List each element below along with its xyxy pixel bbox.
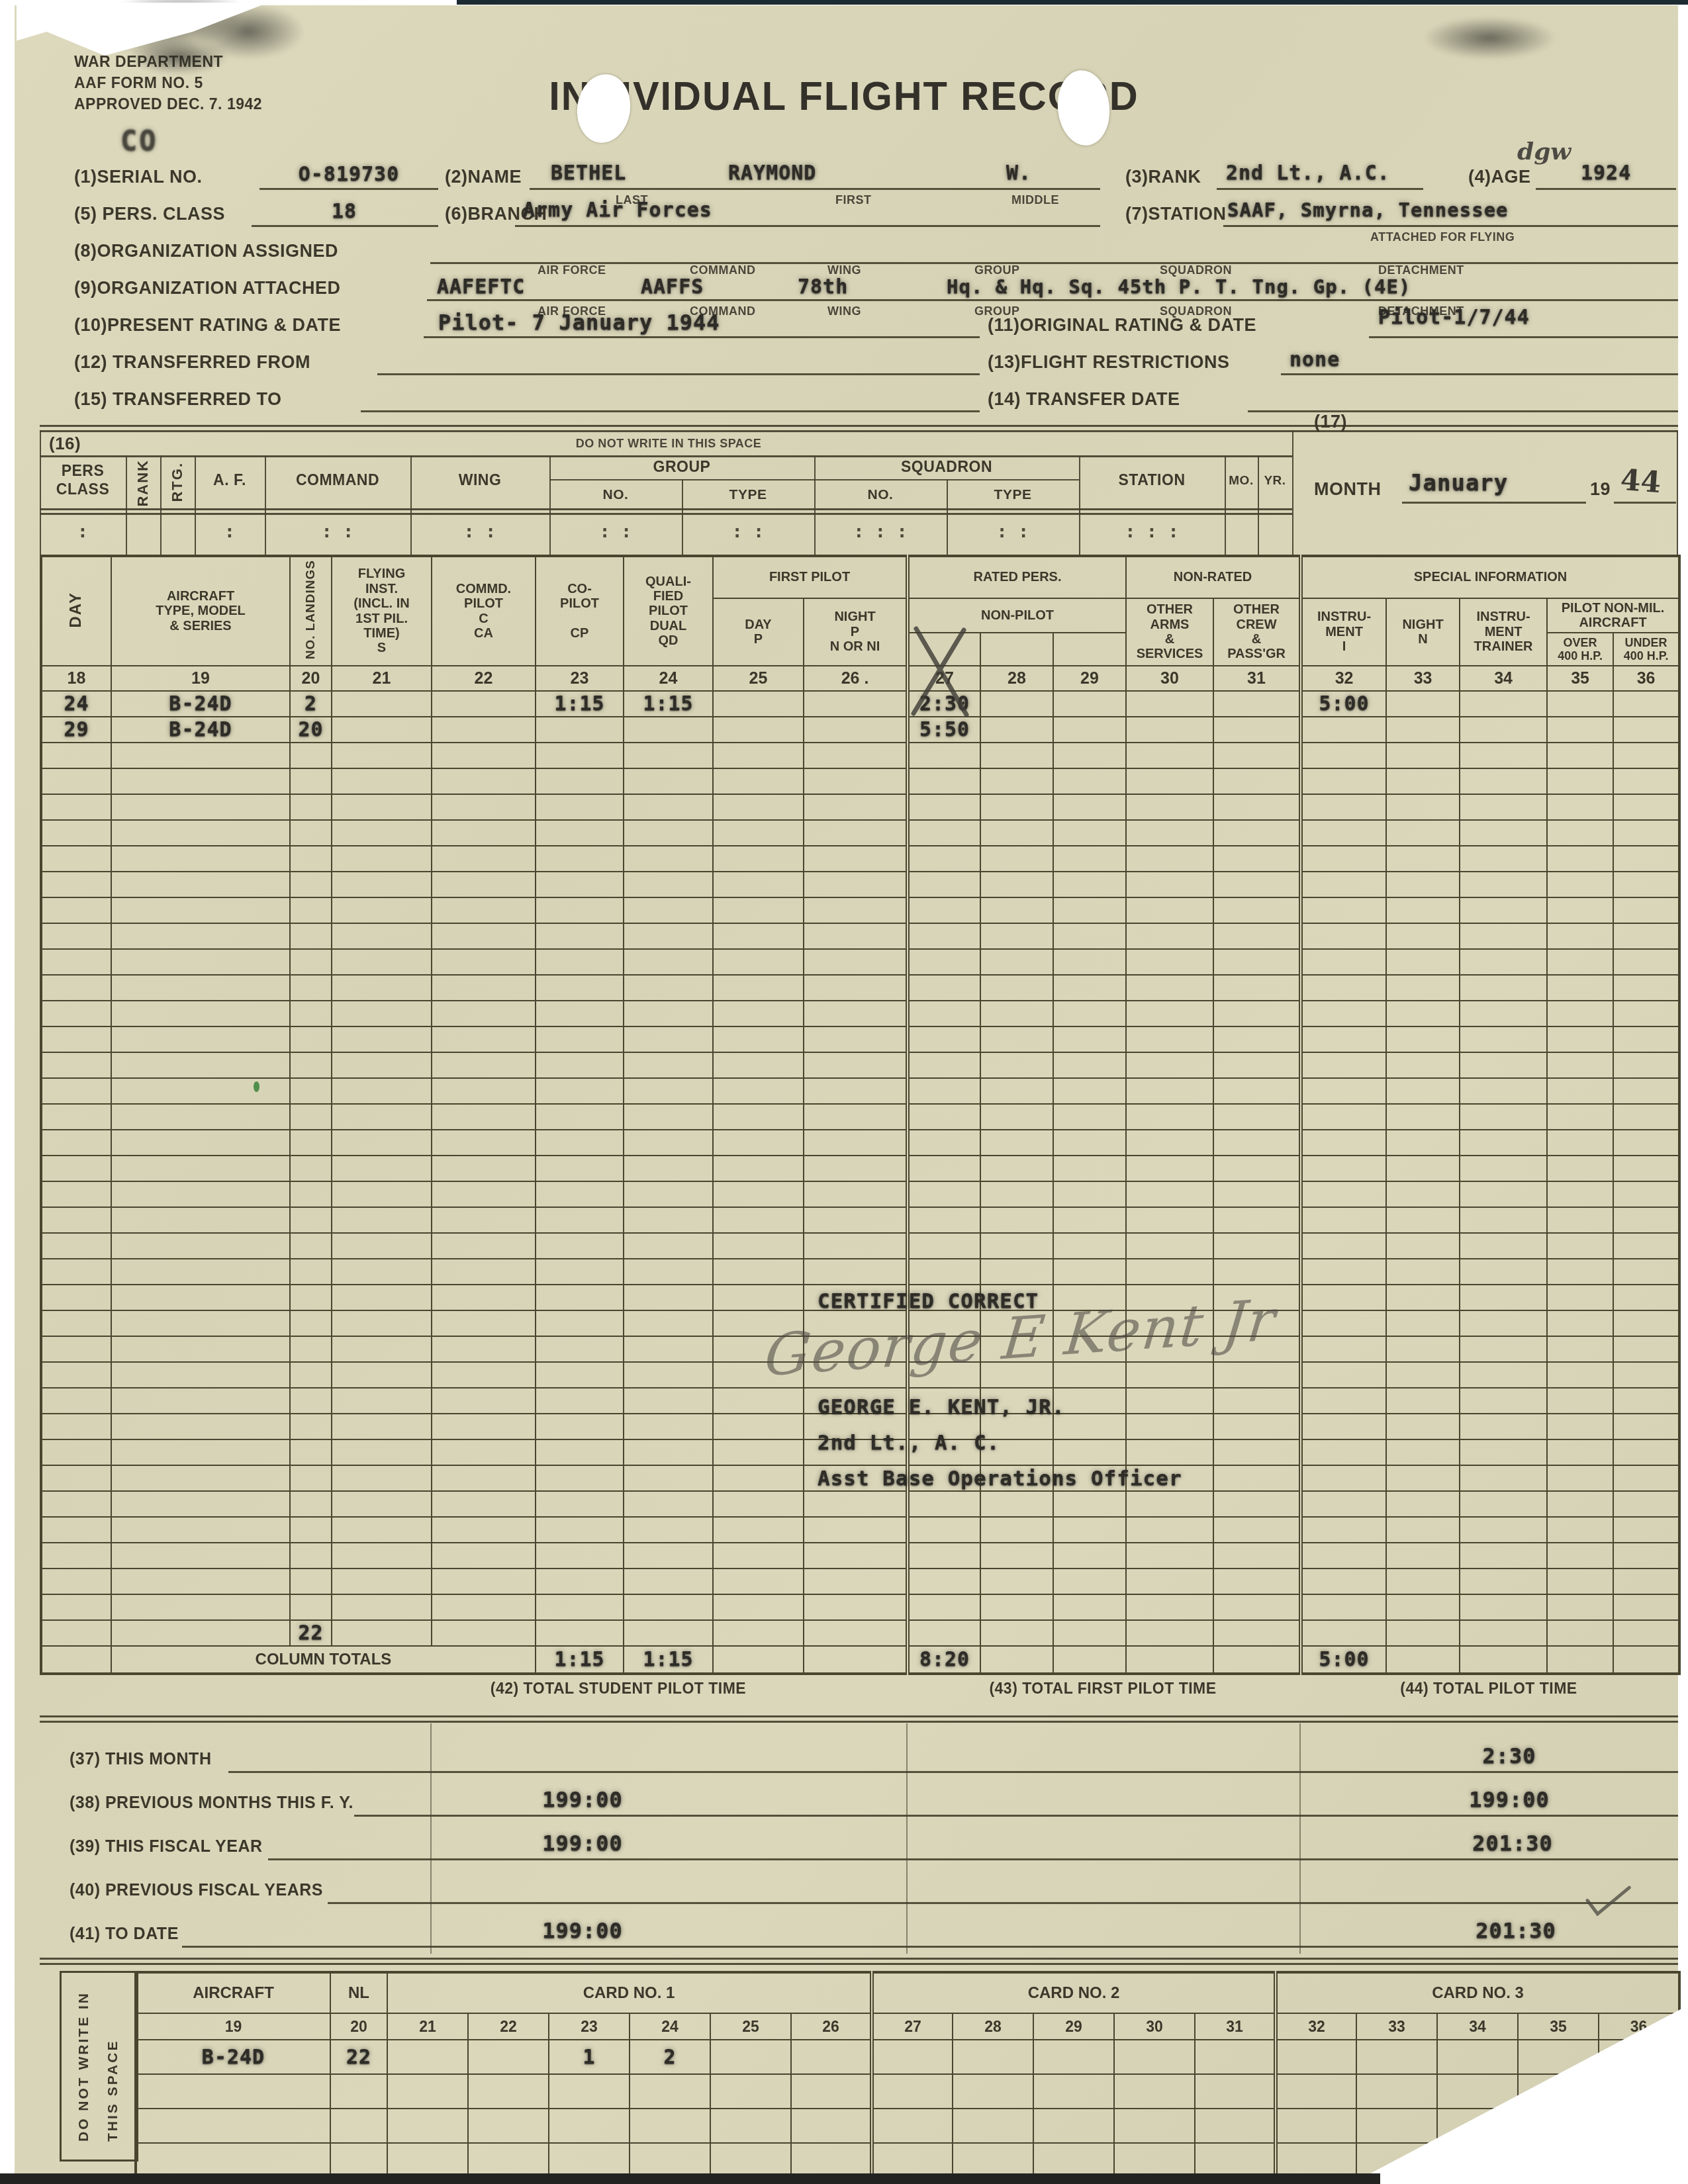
flight-cell <box>1613 1543 1679 1569</box>
station-value: SAAF, Smyrna, Tennessee <box>1227 199 1509 221</box>
co-stamp: CO <box>120 124 158 157</box>
card-hdr-3: CARD NO. 3 <box>1276 1972 1679 2013</box>
flight-cell <box>332 768 432 794</box>
flight-cell <box>1547 1414 1613 1439</box>
flight-cell <box>290 1465 332 1491</box>
card-cell <box>953 2074 1033 2109</box>
flight-row <box>41 1517 1679 1543</box>
flight-cell <box>432 1620 536 1646</box>
flight-cell <box>1386 1465 1460 1491</box>
flight-cell <box>713 846 804 872</box>
flight-cell <box>980 768 1053 794</box>
flight-cell <box>41 1543 111 1569</box>
present-rating-label: (10)PRESENT RATING & DATE <box>74 315 341 336</box>
flight-cell <box>908 872 980 897</box>
flight-cell <box>332 1104 432 1130</box>
flight-cell <box>41 923 111 949</box>
flight-cell <box>536 1026 624 1052</box>
do-not-write-note: DO NOT WRITE IN THIS SPACE <box>576 437 762 451</box>
flight-cell <box>713 923 804 949</box>
flight-cell <box>908 1181 980 1207</box>
org-group-value: Hq. & Hq. Sq. 45th P. T. Tng. Gp. (4E) <box>947 275 1411 298</box>
side-note-text: DO NOT WRITE IN THIS SPACE <box>70 1991 128 2142</box>
col-station: STATION <box>1080 471 1223 489</box>
flight-cell <box>41 743 111 768</box>
flight-cell <box>713 743 804 768</box>
flight-cell <box>1547 743 1613 768</box>
flight-cell <box>332 1285 432 1310</box>
flight-col-number: 19 <box>111 666 290 691</box>
flight-cell <box>980 1078 1053 1104</box>
flight-cell <box>432 1078 536 1104</box>
flight-cell <box>111 923 290 949</box>
card-cell <box>1276 2040 1356 2074</box>
row38-c44: 199:00 <box>1469 1787 1550 1812</box>
card-cell: B-24D <box>136 2040 330 2074</box>
flight-cell <box>41 1026 111 1052</box>
flight-cell <box>536 1104 624 1130</box>
flight-row <box>41 1104 1679 1130</box>
flight-cell <box>908 949 980 975</box>
hdr-night: NIGHT N <box>1386 598 1460 666</box>
flight-cell <box>1386 768 1460 794</box>
flight-cell <box>804 1026 908 1052</box>
flight-cell <box>980 949 1053 975</box>
flight-cell <box>1213 1052 1301 1078</box>
flight-cell <box>980 1569 1053 1594</box>
flight-cell <box>804 1181 908 1207</box>
card-col-number: 32 <box>1276 2013 1356 2040</box>
flight-cell <box>1126 1259 1213 1285</box>
flight-cell <box>1547 1285 1613 1310</box>
card-col-number: 29 <box>1033 2013 1114 2040</box>
flight-cell <box>1301 1543 1386 1569</box>
flight-cell <box>432 1517 536 1543</box>
guide-dots: : <box>77 522 88 542</box>
flight-cell <box>41 1259 111 1285</box>
flight-cell <box>1613 846 1679 872</box>
flight-cell <box>1213 1001 1301 1026</box>
month-value: January <box>1409 470 1508 496</box>
flight-cell <box>332 1414 432 1439</box>
flight-cell <box>432 1233 536 1259</box>
handwritten-x-mark <box>906 621 980 721</box>
flight-cell <box>1386 1336 1460 1362</box>
flight-cell <box>290 1285 332 1310</box>
card-col-number: 35 <box>1518 2013 1599 2040</box>
flight-cell <box>713 1026 804 1052</box>
flight-cell <box>1547 975 1613 1001</box>
flight-cell <box>432 1001 536 1026</box>
flight-cell <box>332 1336 432 1362</box>
flight-cell <box>41 1517 111 1543</box>
flight-cell <box>41 1233 111 1259</box>
flight-cell <box>1547 1052 1613 1078</box>
hdr-co-pilot: CO- PILOT CP <box>536 556 624 666</box>
flight-cell <box>1613 1336 1679 1362</box>
flight-cell <box>41 1362 111 1388</box>
card-cell <box>872 2143 953 2177</box>
flight-cell <box>1386 897 1460 923</box>
flight-cell <box>1213 1207 1301 1233</box>
flight-cell <box>1613 717 1679 743</box>
flight-cell <box>624 1026 713 1052</box>
flight-cell <box>624 1156 713 1181</box>
hdr-landings: NO. LANDINGS <box>290 556 332 666</box>
card-cell <box>468 2109 549 2143</box>
flight-cell <box>332 1130 432 1156</box>
flight-cell <box>1386 1078 1460 1104</box>
flight-cell <box>1213 1569 1301 1594</box>
flight-cell <box>1053 820 1126 846</box>
flight-cell <box>1613 1207 1679 1233</box>
flight-cell <box>432 1026 536 1052</box>
flight-cell <box>111 1181 290 1207</box>
flight-cell <box>1386 1362 1460 1388</box>
flight-cell <box>1547 794 1613 820</box>
flight-cell <box>980 1259 1053 1285</box>
column-total-cell <box>1460 1646 1547 1674</box>
flight-cell <box>1613 1026 1679 1052</box>
flight-cell <box>536 1233 624 1259</box>
flight-row <box>41 1259 1679 1285</box>
flight-cell <box>1460 1207 1547 1233</box>
card-hdr-aircraft: AIRCRAFT <box>136 1972 330 2013</box>
flight-col-number: 34 <box>1460 666 1547 691</box>
hdr-non-rated: NON-RATED <box>1126 556 1301 598</box>
flight-cell <box>1386 1414 1460 1439</box>
flight-cell <box>713 1439 804 1465</box>
row41-c44: 201:30 <box>1476 1918 1556 1943</box>
flight-cell <box>111 1052 290 1078</box>
flight-cell <box>1213 846 1301 872</box>
flight-cell <box>41 794 111 820</box>
flight-cell <box>1613 1104 1679 1130</box>
flight-cell <box>332 743 432 768</box>
flight-cell: 24 <box>41 691 111 717</box>
flight-cell <box>1126 1594 1213 1620</box>
flight-cell <box>980 1156 1053 1181</box>
flight-col-number: 31 <box>1213 666 1301 691</box>
approved-label: APPROVED DEC. 7. 1942 <box>74 95 262 113</box>
column-total-cell <box>1213 1646 1301 1674</box>
flight-cell <box>41 1336 111 1362</box>
age-value: 1924 <box>1581 161 1631 185</box>
flight-cell <box>332 949 432 975</box>
flight-cell <box>713 1207 804 1233</box>
card-cell <box>468 2143 549 2177</box>
name-middle-value: W. <box>1006 161 1031 185</box>
flight-cell <box>1460 1104 1547 1130</box>
flight-cell <box>1126 1233 1213 1259</box>
flight-cell <box>804 1156 908 1181</box>
flight-cell <box>1301 897 1386 923</box>
flight-cell <box>41 1001 111 1026</box>
flight-cell <box>1301 1001 1386 1026</box>
transferred-to-label: (15) TRANSFERRED TO <box>74 389 282 410</box>
flight-cell <box>111 1362 290 1388</box>
flight-cell <box>624 1259 713 1285</box>
flight-cell <box>536 768 624 794</box>
flight-cell <box>1547 768 1613 794</box>
flight-cell <box>624 1491 713 1517</box>
hdr-over-400: OVER 400 H.P. <box>1547 633 1613 666</box>
flight-row <box>41 1130 1679 1156</box>
flight-cell <box>432 1259 536 1285</box>
flight-cell <box>1547 949 1613 975</box>
flight-cell <box>536 1336 624 1362</box>
flight-cell <box>1547 1543 1613 1569</box>
flight-cell <box>804 691 908 717</box>
flight-cell <box>536 1207 624 1233</box>
flight-cell <box>1547 1181 1613 1207</box>
flight-row <box>41 820 1679 846</box>
hdr-first-pilot: FIRST PILOT <box>713 556 908 598</box>
flight-cell <box>1126 1517 1213 1543</box>
flight-cell <box>624 897 713 923</box>
card-cell <box>872 2074 953 2109</box>
green-fleck <box>254 1081 259 1092</box>
flight-cell <box>332 1543 432 1569</box>
flight-cell <box>980 923 1053 949</box>
flight-cell <box>980 1594 1053 1620</box>
flight-col-number: 29 <box>1053 666 1126 691</box>
flight-cell <box>536 1078 624 1104</box>
flight-cell <box>432 1414 536 1439</box>
flight-cell <box>1301 1233 1386 1259</box>
flight-cell <box>536 1259 624 1285</box>
card-cell <box>872 2109 953 2143</box>
flight-cell <box>1126 1181 1213 1207</box>
hdr-flying-inst: FLYING INST. (INCL. IN 1ST PIL. TIME) S <box>332 556 432 666</box>
flight-cell <box>290 1233 332 1259</box>
flight-cell <box>908 975 980 1001</box>
flight-cell <box>1386 743 1460 768</box>
flight-cell <box>804 1104 908 1130</box>
flight-cell <box>908 1594 980 1620</box>
flight-cell <box>1126 1156 1213 1181</box>
certifier-name: GEORGE E. KENT, JR. <box>818 1395 1065 1419</box>
flight-row <box>41 846 1679 872</box>
flight-cell <box>290 949 332 975</box>
card-col-number: 26 <box>791 2013 872 2040</box>
card-row: B-24D2212 <box>136 2040 1679 2074</box>
flight-cell <box>1386 1491 1460 1517</box>
flight-cell <box>1460 1336 1547 1362</box>
card-col-number: 24 <box>630 2013 710 2040</box>
flight-cell <box>1301 1620 1386 1646</box>
flight-cell <box>1053 975 1126 1001</box>
flight-cell <box>980 1620 1053 1646</box>
hdr-fp-day: DAY P <box>713 598 804 666</box>
flight-cell <box>290 768 332 794</box>
flight-cell <box>1613 1052 1679 1078</box>
flight-cell <box>111 1001 290 1026</box>
flight-cell <box>713 1001 804 1026</box>
month-number: (17) <box>1314 412 1347 432</box>
row41-c42: 199:00 <box>542 1918 623 1943</box>
flight-cell <box>290 1517 332 1543</box>
card-cell <box>953 2040 1033 2074</box>
flight-col-number: 24 <box>624 666 713 691</box>
flight-cell <box>908 1233 980 1259</box>
flight-cell <box>432 1310 536 1336</box>
flight-cell <box>1460 897 1547 923</box>
flight-cell <box>432 1181 536 1207</box>
flight-cell <box>290 1569 332 1594</box>
flight-cell <box>536 1491 624 1517</box>
flight-cell <box>290 1543 332 1569</box>
flight-cell <box>624 1569 713 1594</box>
row39-c42: 199:00 <box>542 1831 623 1856</box>
flight-cell <box>1547 1001 1613 1026</box>
flight-cell <box>1053 1517 1126 1543</box>
flight-cell <box>1213 1104 1301 1130</box>
flight-cell <box>1213 768 1301 794</box>
flight-col-number: 36 <box>1613 666 1679 691</box>
col-rank-text: RANK <box>134 459 152 507</box>
flight-cell <box>1547 1569 1613 1594</box>
flight-cell <box>804 1001 908 1026</box>
flight-cell <box>1126 1207 1213 1233</box>
card-cell <box>136 2143 330 2177</box>
flight-cell <box>1213 975 1301 1001</box>
flight-cell <box>41 768 111 794</box>
flight-cell <box>713 1388 804 1414</box>
card-col-number: 23 <box>549 2013 630 2040</box>
flight-cell <box>1053 1181 1126 1207</box>
row41-label: (41) TO DATE <box>70 1925 179 1944</box>
hdr-other-crew: OTHER CREW & PASS'GR <box>1213 598 1301 666</box>
flight-cell <box>1547 1439 1613 1465</box>
flight-cell <box>1386 1388 1460 1414</box>
flight-cell <box>111 975 290 1001</box>
card-cell <box>1195 2143 1276 2177</box>
flight-cell <box>1547 1104 1613 1130</box>
flight-cell <box>432 1156 536 1181</box>
flight-cell <box>41 1052 111 1078</box>
flight-cell <box>1301 846 1386 872</box>
flight-cell <box>111 1465 290 1491</box>
flight-cell <box>1213 1130 1301 1156</box>
flight-col-number: 32 <box>1301 666 1386 691</box>
total-first-pilot-label: (43) TOTAL FIRST PILOT TIME <box>989 1680 1216 1698</box>
transfer-date-label: (14) TRANSFER DATE <box>988 389 1180 410</box>
flight-cell <box>624 743 713 768</box>
flight-cell <box>1386 872 1460 897</box>
flight-cell <box>536 1543 624 1569</box>
flight-cell <box>332 1517 432 1543</box>
card-col-numbers: 192021222324252627282930313233343536 <box>136 2013 1679 2040</box>
flight-cell <box>713 1569 804 1594</box>
flight-cell <box>1547 897 1613 923</box>
flight-cell <box>624 1336 713 1362</box>
flight-cell <box>1301 1491 1386 1517</box>
rank-value: 2nd Lt., A.C. <box>1226 161 1390 185</box>
flight-cell <box>1460 1569 1547 1594</box>
sub-first: FIRST <box>835 193 872 207</box>
flight-cell <box>432 768 536 794</box>
flight-cell <box>980 743 1053 768</box>
flight-cell <box>536 923 624 949</box>
flight-cell <box>1301 1026 1386 1052</box>
flight-cell <box>1386 1310 1460 1336</box>
flight-cell: 2 <box>290 691 332 717</box>
flight-cell <box>1213 872 1301 897</box>
flight-cell <box>1613 923 1679 949</box>
flight-cell <box>624 1517 713 1543</box>
flight-cell <box>1126 691 1213 717</box>
flight-cell <box>1301 1310 1386 1336</box>
flight-cell <box>1301 1259 1386 1285</box>
flight-col-number: 25 <box>713 666 804 691</box>
flight-cell <box>713 1543 804 1569</box>
flight-col-number: 35 <box>1547 666 1613 691</box>
row38-label: (38) PREVIOUS MONTHS THIS F. Y. <box>70 1794 353 1813</box>
row37-c44: 2:30 <box>1482 1743 1536 1768</box>
col-squadron: SQUADRON <box>816 458 1078 476</box>
flight-cell <box>980 1543 1053 1569</box>
flight-col-number: 33 <box>1386 666 1460 691</box>
flight-cell <box>1301 1181 1386 1207</box>
flight-row <box>41 1594 1679 1620</box>
flight-cell <box>1126 1078 1213 1104</box>
flight-cell <box>1053 1594 1126 1620</box>
flight-cell <box>432 1465 536 1491</box>
flight-cell <box>332 1156 432 1181</box>
flight-cell <box>1301 872 1386 897</box>
flight-col-number: 20 <box>290 666 332 691</box>
flight-cell <box>536 1130 624 1156</box>
flight-cell <box>624 1233 713 1259</box>
flight-row <box>41 1491 1679 1517</box>
flight-cell <box>290 1181 332 1207</box>
flight-cell <box>1460 1414 1547 1439</box>
flight-cell <box>290 846 332 872</box>
flight-col-number: 26 . <box>804 666 908 691</box>
flight-cell <box>332 691 432 717</box>
flight-cell <box>41 846 111 872</box>
flight-cell <box>908 897 980 923</box>
year-prefix: 19 <box>1590 479 1611 500</box>
flight-cell <box>1613 1001 1679 1026</box>
flight-cell <box>1460 717 1547 743</box>
flight-cell <box>1460 1052 1547 1078</box>
flight-cell <box>1213 1620 1301 1646</box>
flight-cell <box>290 1156 332 1181</box>
flight-cell <box>432 1130 536 1156</box>
flight-cell <box>41 975 111 1001</box>
col-group-type: TYPE <box>683 487 813 503</box>
flight-cell <box>1547 717 1613 743</box>
guide-dots: : : <box>732 522 765 542</box>
flight-cell <box>1547 820 1613 846</box>
flight-log-table: DAY AIRCRAFT TYPE, MODEL & SERIES NO. LA… <box>40 555 1681 1675</box>
flight-cell <box>1053 846 1126 872</box>
flight-cell <box>1301 1517 1386 1543</box>
flight-cell <box>332 1052 432 1078</box>
column-total-cell: 8:20 <box>908 1646 980 1674</box>
card-cell <box>1356 2040 1437 2074</box>
flight-cell <box>1126 1362 1213 1388</box>
flight-cell <box>536 975 624 1001</box>
card-cell <box>1276 2109 1356 2143</box>
flight-cell <box>1613 975 1679 1001</box>
flight-cell <box>1053 1104 1126 1130</box>
card-cell <box>630 2109 710 2143</box>
flight-cell <box>980 897 1053 923</box>
flight-cell <box>1053 1156 1126 1181</box>
